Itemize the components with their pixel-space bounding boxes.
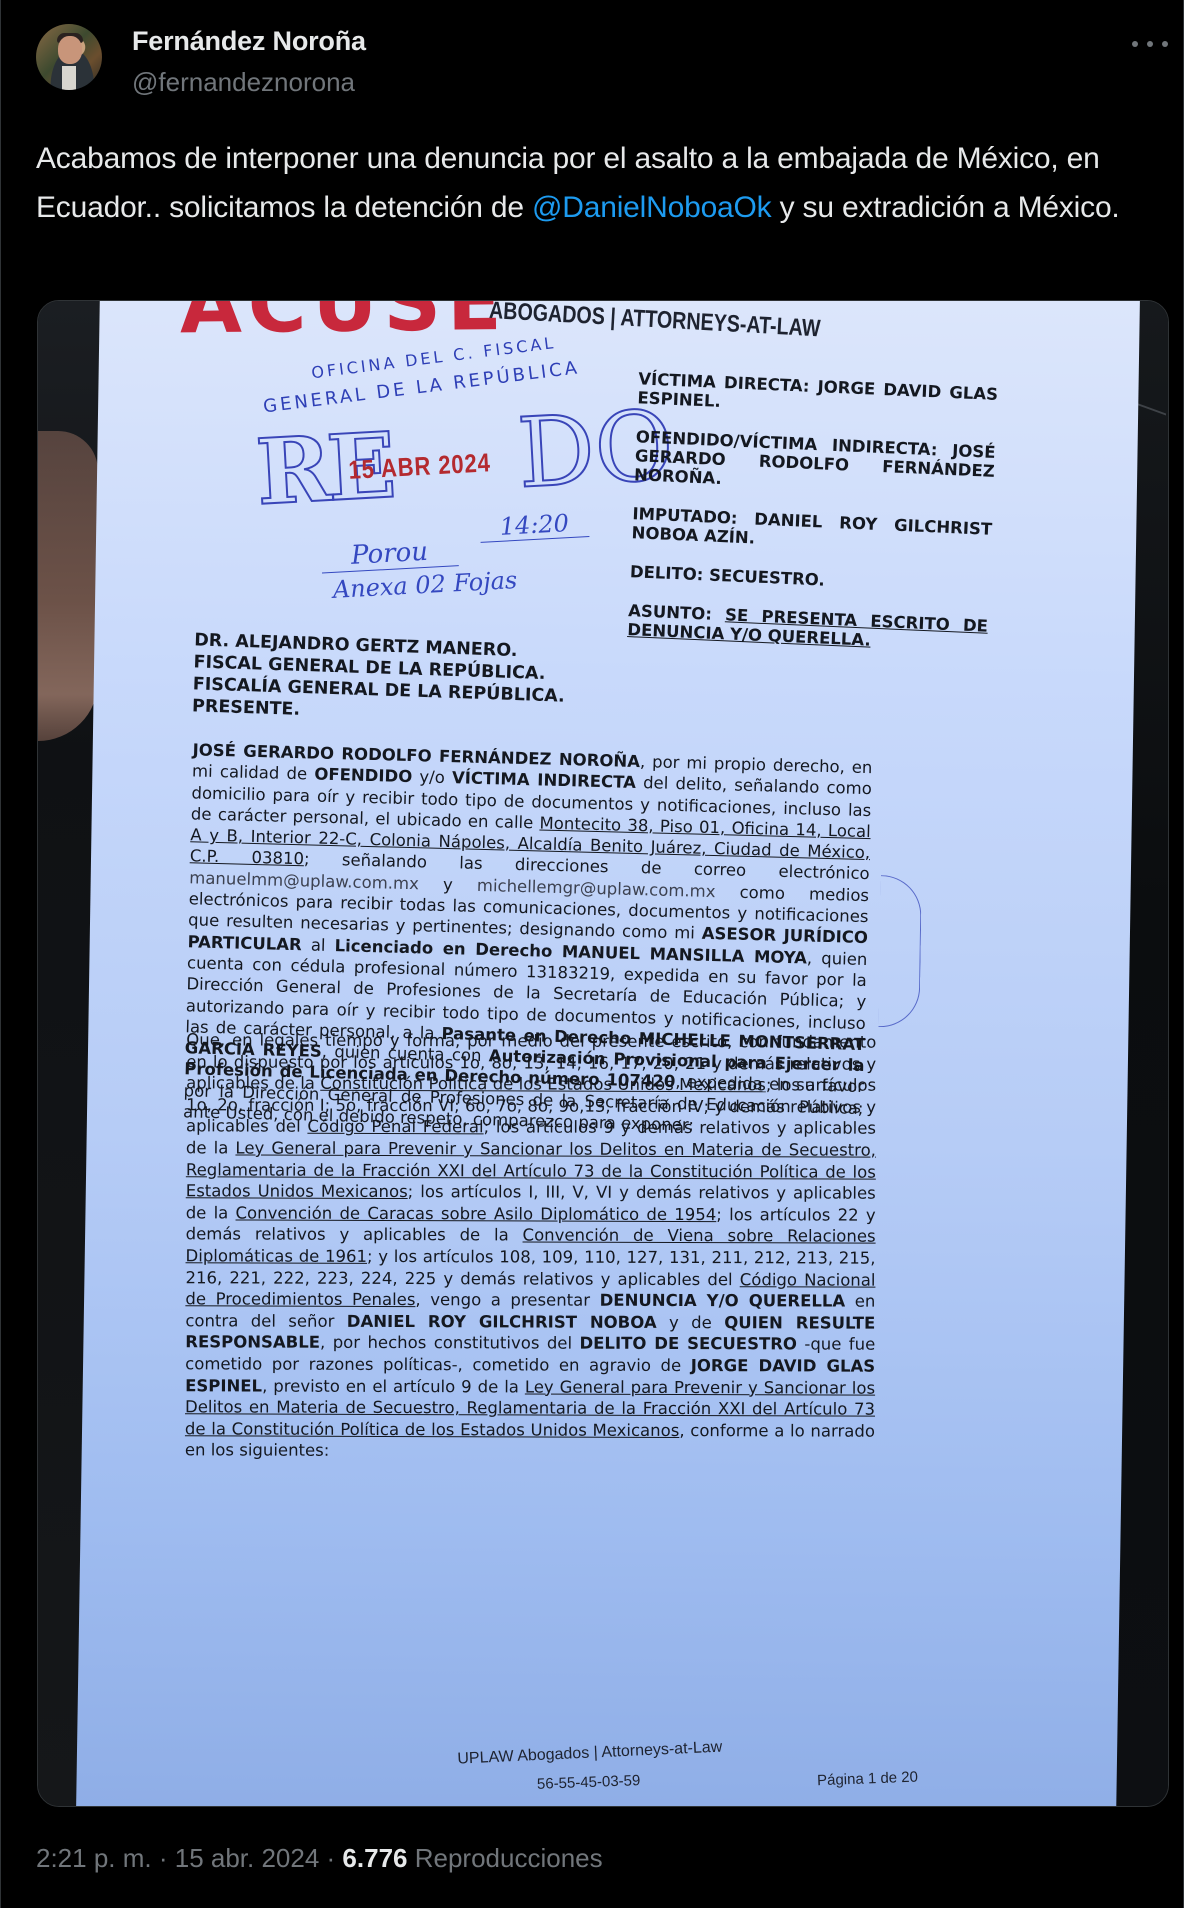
document-text-run: DELITO DE SECUESTRO: [579, 1334, 797, 1354]
views-label: Reproducciones: [415, 1843, 603, 1873]
ofendido: OFENDIDO/VÍCTIMA INDIRECTA: JOSÉ GERARDO…: [634, 427, 996, 500]
document-text-run: DENUNCIA Y/O QUERELLA: [600, 1291, 846, 1311]
document-footer-phone: 56-55-45-03-59: [537, 1772, 641, 1793]
document-text-run: , vengo a presentar: [415, 1290, 599, 1310]
document-text-run: DANIEL ROY GILCHRIST NOBOA: [347, 1312, 657, 1332]
document-text-run: VÍCTIMA INDIRECTA: [452, 768, 636, 792]
document-text-run: , previsto en el artículo 9 de la: [262, 1376, 525, 1396]
victima-directa: VÍCTIMA DIRECTA: JORGE DAVID GLAS ESPINE…: [637, 369, 998, 423]
tweet-text: Acabamos de interponer una denuncia por …: [36, 134, 1156, 232]
document-page-number: Página 1 de 20: [817, 1769, 918, 1790]
author-display-name[interactable]: Fernández Noroña: [132, 26, 366, 57]
photo-hand: [38, 431, 98, 741]
document-paragraph-2: Que, en legales tiempo y forma, por medi…: [185, 1029, 877, 1463]
delito: DELITO: SECUESTRO.: [630, 562, 990, 597]
document-text-run: y: [419, 874, 478, 895]
document-text-run: , por hechos constitutivos del: [320, 1333, 579, 1353]
avatar-shirt: [62, 66, 76, 90]
column-border-left: [0, 0, 1, 1908]
document-logo: ACUSE: [179, 300, 508, 351]
stamp-handwritten-time: 14:20: [479, 508, 590, 543]
separator: ·: [152, 1843, 175, 1873]
addressee-block: DR. ALEJANDRO GERTZ MANERO. FISCAL GENER…: [192, 629, 567, 729]
document-text-run: y de: [657, 1313, 725, 1332]
mention-link[interactable]: @DanielNoboaOk: [532, 191, 771, 224]
document-text-run: al: [302, 935, 335, 955]
stamp-date: 15 ABR 2024: [348, 447, 492, 486]
stamp-handwritten-name: Porou: [320, 535, 458, 573]
asunto: ASUNTO: SE PRESENTA ESCRITO DE DENUNCIA …: [627, 601, 988, 655]
imputado: IMPUTADO: DANIEL ROY GILCHRIST NOBOA AZÍ…: [631, 504, 992, 558]
stamp-handwritten-note: Anexa 02 Fojas: [332, 566, 518, 604]
document-text-run: OFENDIDO: [314, 765, 412, 787]
views-count: 6.776: [342, 1843, 407, 1873]
avatar-face: [58, 36, 82, 64]
more-options-button[interactable]: [1132, 34, 1168, 54]
document-text-run: Constitución Política de los Estados Uni…: [320, 1074, 766, 1095]
tweet-media-photo[interactable]: ACUSE ABOGADOS | ATTORNEYS-AT-LAW OFICIN…: [37, 300, 1169, 1807]
document-page: ACUSE ABOGADOS | ATTORNEYS-AT-LAW OFICIN…: [76, 300, 1140, 1807]
author-handle[interactable]: @fernandeznorona: [132, 67, 355, 98]
more-horizontal-icon: [1147, 41, 1153, 47]
more-horizontal-icon: [1132, 41, 1138, 47]
tweet-date[interactable]: 15 abr. 2024: [175, 1843, 320, 1873]
more-horizontal-icon: [1162, 41, 1168, 47]
signature-mark: [878, 875, 921, 1028]
document-text-run: y/o: [412, 767, 452, 787]
tweet-time[interactable]: 2:21 p. m.: [36, 1843, 152, 1873]
tweet-text-part: y su extradición a México.: [771, 191, 1119, 224]
document-text-run: Código Penal Federal: [307, 1117, 483, 1137]
separator: ·: [319, 1843, 342, 1873]
document-text-run: Convención de Caracas sobre Asilo Diplom…: [236, 1203, 717, 1224]
avatar[interactable]: [36, 24, 102, 90]
document-case-info: VÍCTIMA DIRECTA: JORGE DAVID GLAS ESPINE…: [626, 369, 998, 674]
document-footer-firm: UPLAW Abogados | Attorneys-at-Law: [457, 1739, 723, 1769]
received-stamp: OFICINA DEL C. FISCAL GENERAL DE LA REPÚ…: [250, 339, 624, 618]
tweet-meta: 2:21 p. m. · 15 abr. 2024 · 6.776 Reprod…: [36, 1843, 603, 1874]
